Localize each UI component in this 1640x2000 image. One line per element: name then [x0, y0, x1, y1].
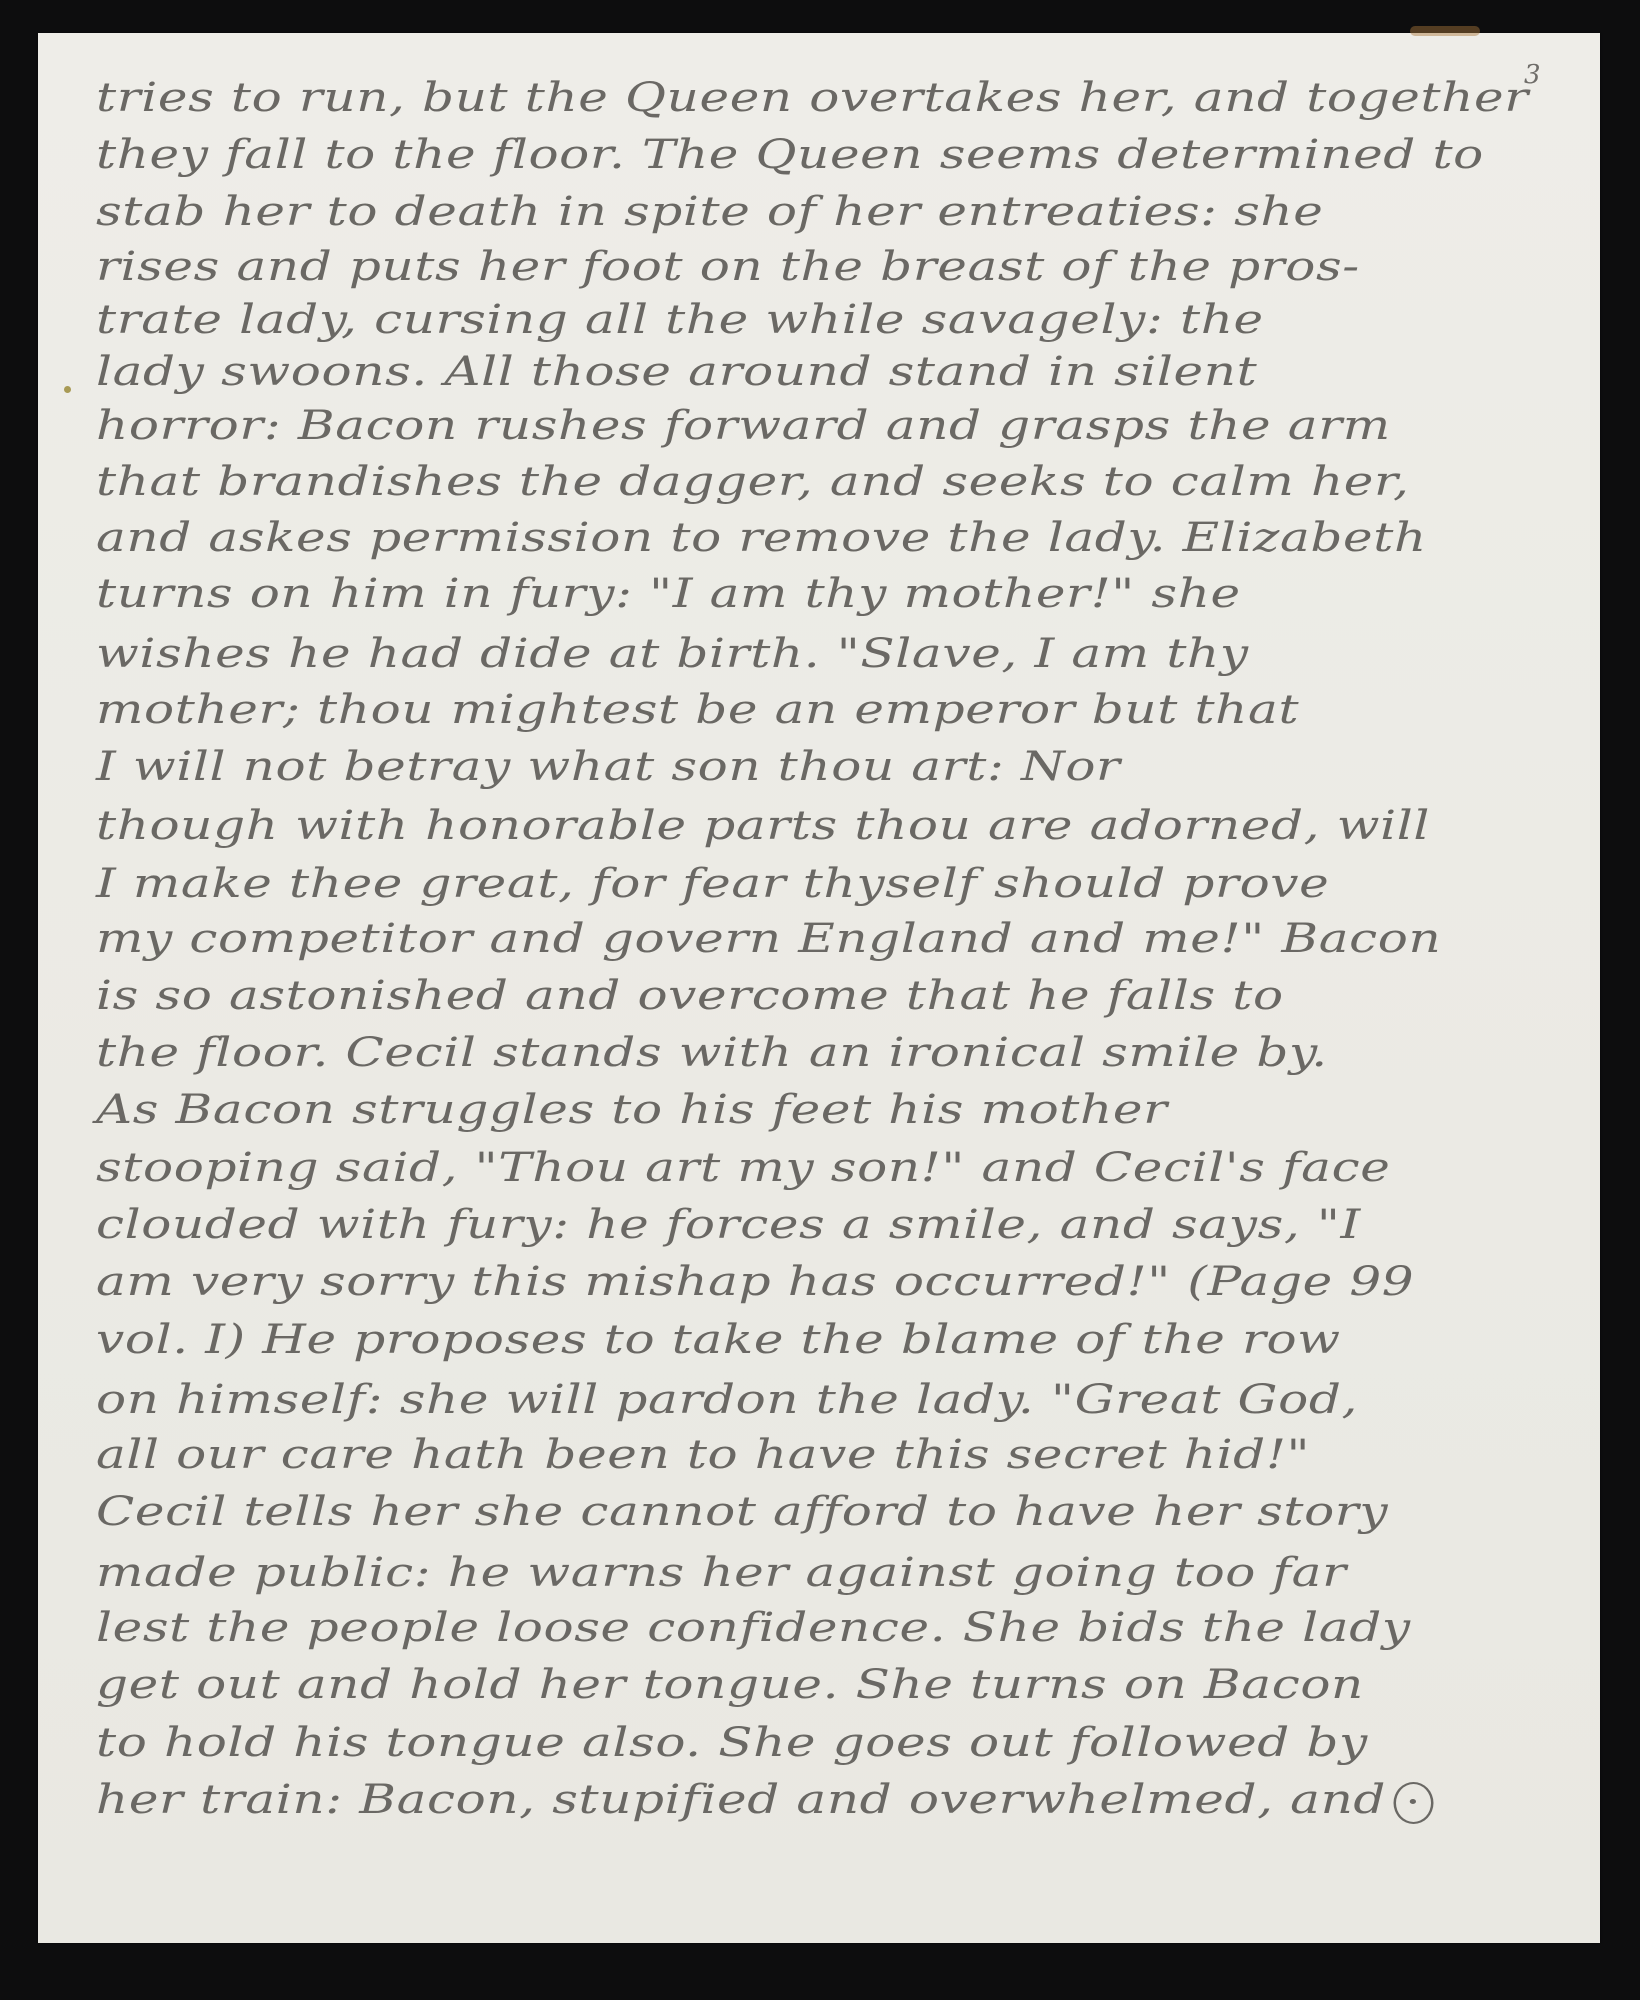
manuscript-line-31: her train: Bacon, stupified and overwhel…	[96, 1780, 1434, 1824]
manuscript-line-26: Cecil tells her she cannot afford to hav…	[96, 1492, 1388, 1532]
manuscript-line-18: the floor. Cecil stands with an ironical…	[96, 1033, 1328, 1073]
manuscript-line-6: lady swoons. All those around stand in s…	[96, 352, 1257, 392]
manuscript-line-15: I make thee great, for fear thyself shou…	[96, 864, 1329, 904]
manuscript-line-28: lest the people loose confidence. She bi…	[96, 1608, 1411, 1648]
circled-dot-mark-icon	[1394, 1782, 1434, 1824]
foxing-spot	[64, 386, 71, 393]
manuscript-line-21: clouded with fury: he forces a smile, an…	[96, 1205, 1361, 1245]
manuscript-line-25: all our care hath been to have this secr…	[96, 1435, 1310, 1475]
manuscript-line-13: I will not betray what son thou art: Nor	[96, 747, 1121, 787]
manuscript-line-17: is so astonished and overcome that he fa…	[96, 976, 1284, 1016]
manuscript-line-1: tries to run, but the Queen overtakes he…	[96, 78, 1529, 118]
manuscript-line-29: get out and hold her tongue. She turns o…	[96, 1665, 1364, 1705]
manuscript-line-30: to hold his tongue also. She goes out fo…	[96, 1723, 1368, 1763]
manuscript-line-3: stab her to death in spite of her entrea…	[96, 192, 1323, 232]
manuscript-line-24: on himself: she will pardon the lady. "G…	[96, 1380, 1358, 1420]
manuscript-line-19: As Bacon struggles to his feet his mothe…	[96, 1090, 1168, 1130]
manuscript-line-4: rises and puts her foot on the breast of…	[96, 247, 1360, 287]
manuscript-line-23: vol. I) He proposes to take the blame of…	[96, 1320, 1341, 1360]
manuscript-line-16: my competitor and govern England and me!…	[96, 919, 1441, 959]
manuscript-line-14: though with honorable parts thou are ado…	[96, 806, 1430, 846]
manuscript-line-8: that brandishes the dagger, and seeks to…	[96, 462, 1410, 502]
paper-stain	[1410, 26, 1480, 36]
manuscript-line-12: mother; thou mightest be an emperor but …	[96, 690, 1299, 730]
manuscript-line-10: turns on him in fury: "I am thy mother!"…	[96, 574, 1241, 614]
manuscript-line-5: trate lady, cursing all the while savage…	[96, 300, 1264, 340]
manuscript-line-27: made public: he warns her against going …	[96, 1553, 1347, 1593]
manuscript-line-22: am very sorry this mishap has occurred!"…	[96, 1262, 1414, 1302]
manuscript-line-20: stooping said, "Thou art my son!" and Ce…	[96, 1148, 1390, 1188]
manuscript-line-2: they fall to the floor. The Queen seems …	[96, 135, 1484, 175]
manuscript-line-9: and askes permission to remove the lady.…	[96, 518, 1427, 558]
manuscript-line-7: horror: Bacon rushes forward and grasps …	[96, 406, 1391, 446]
manuscript-line-11: wishes he had dide at birth. "Slave, I a…	[96, 634, 1249, 674]
manuscript-line-31-text: her train: Bacon, stupified and overwhel…	[96, 1777, 1386, 1823]
